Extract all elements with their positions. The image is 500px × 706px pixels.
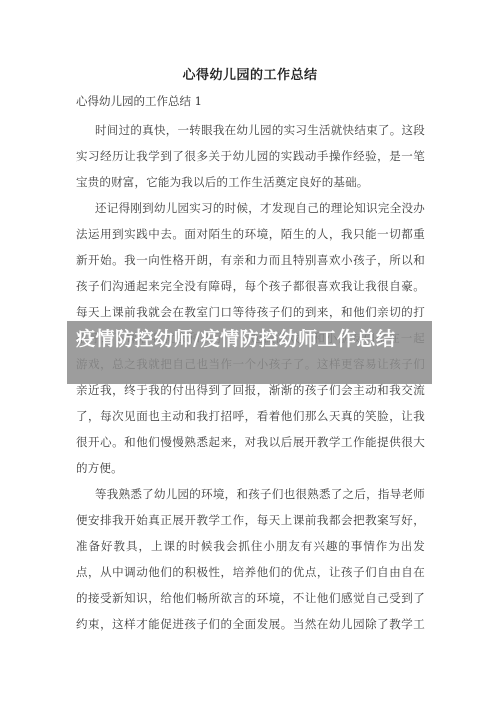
body-line: 点，从中调动他们的积极性，培养他们的优点，让孩子们自由自在 xyxy=(76,564,425,580)
body-line: 的接受新知识，给他们畅所欲言的环境，不让他们感觉自己受到了 xyxy=(76,590,425,606)
document-page: 心得幼儿园的工作总结 心得幼儿园的工作总结 1 时间过的真快，一转眼我在幼儿园的… xyxy=(0,0,500,706)
body-line: 的方便。 xyxy=(76,460,425,476)
body-line: 亲近我，终于我的付出得到了回报，渐渐的孩子们会主动和我交流 xyxy=(76,382,425,398)
body-line: 每天上课前我就会在教室门口等待孩子们的到来，和他们亲切的打 xyxy=(76,304,425,320)
document-subtitle: 心得幼儿园的工作总结 1 xyxy=(76,93,202,109)
body-line: 了，每次见面也主动和我打招呼，看着他们那么天真的笑脸，让我 xyxy=(76,408,425,424)
body-line: 宝贵的财富，它能为我以后的工作生活奠定良好的基础。 xyxy=(76,174,425,190)
body-line: 孩子们沟通起来完全没有障碍，每个孩子都很喜欢我让我很自豪。 xyxy=(76,278,425,294)
body-line: 实习经历让我学到了很多关于幼儿园的实践动手操作经验，是一笔 xyxy=(76,148,425,164)
document-title: 心得幼儿园的工作总结 xyxy=(0,64,500,83)
body-line: 准备好教具，上课的时候我会抓住小朋友有兴趣的事情作为出发 xyxy=(76,538,425,554)
body-line: 新开始。我一向性格开朗，有亲和力而且特别喜欢小孩子，所以和 xyxy=(76,252,425,268)
body-line: 法运用到实践中去。面对陌生的环境，陌生的人，我只能一切都重 xyxy=(76,226,425,242)
body-line: 时间过的真快，一转眼我在幼儿园的实习生活就快结束了。这段 xyxy=(95,122,425,138)
body-line: 还记得刚到幼儿园实习的时候，才发现自己的理论知识完全没办 xyxy=(95,200,425,216)
body-line: 便安排我开始真正展开教学工作，每天上课前我都会把教案写好， xyxy=(76,512,425,528)
body-line: 等我熟悉了幼儿园的环境，和孩子们也很熟悉了之后，指导老师 xyxy=(95,486,425,502)
body-line: 很开心。和他们慢慢熟悉起来，对我以后展开教学工作能提供很大 xyxy=(76,434,425,450)
body-line: 约束，这样才能促进孩子们的全面发展。当然在幼儿园除了教学工 xyxy=(76,616,425,632)
overlay-title: 疫情防控幼师/疫情防控幼师工作总结 xyxy=(76,327,406,352)
